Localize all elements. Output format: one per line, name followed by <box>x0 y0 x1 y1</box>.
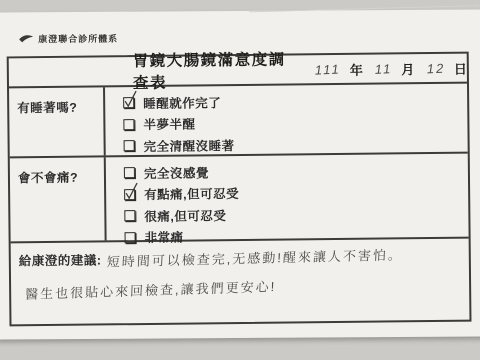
option-label: 半夢半醒 <box>143 115 195 134</box>
question-sleep-options: 睡醒就作完了 半夢半醒 完全清醒沒睡著 <box>105 86 235 155</box>
handwritten-comment-line-1: 短時間可以檢查完,无感動!醒來讓人不害怕。 <box>106 244 403 270</box>
clinic-logo: 康澄聯合診所體系 <box>19 32 118 46</box>
option-label: 完全清醒沒睡著 <box>144 136 235 155</box>
date-month-value: 11 <box>375 61 393 77</box>
date-year-label: 年 <box>350 59 363 78</box>
suggestion-row: 給康澄的建議: 短時間可以檢查完,无感動!醒來讓人不害怕。 醫生也很貼心來回檢查… <box>11 239 470 325</box>
paper-sheet: 康澄聯合診所體系 胃鏡大腸鏡滿意度調查表 111 年 11 月 12 日 有睡著… <box>0 10 480 340</box>
question-sleep-label: 有睡著嗎? <box>17 101 77 116</box>
clinic-logo-text: 康澄聯合診所體系 <box>38 32 118 45</box>
question-pain-cell: 會不會痛? <box>10 157 107 241</box>
date-year-value: 111 <box>315 61 341 77</box>
check-mark-icon <box>123 181 140 200</box>
checkbox-icon <box>124 189 135 200</box>
question-pain-options: 完全沒感覺 有點痛,但可忍受 很痛,但可忍受 <box>106 156 240 240</box>
paper-crease <box>249 5 479 12</box>
handwritten-comment-line-2: 醫生也很貼心來回檢查,讓我們更安心! <box>25 276 277 303</box>
question-row-sleep: 有睡著嗎? 睡醒就作完了 半夢半醒 <box>9 84 468 159</box>
checkbox-icon <box>123 97 134 108</box>
option-sleep-1: 半夢半醒 <box>123 113 234 136</box>
checkbox-icon <box>123 119 134 130</box>
date-fields: 111 年 11 月 12 日 <box>303 58 467 79</box>
check-mark-icon <box>122 89 139 108</box>
date-day-label: 日 <box>454 58 467 77</box>
option-label: 很痛,但可忍受 <box>144 206 226 225</box>
date-month-label: 月 <box>401 59 414 78</box>
option-pain-0: 完全沒感覺 <box>124 161 239 184</box>
checkbox-icon <box>124 140 135 151</box>
option-label: 完全沒感覺 <box>144 163 209 182</box>
question-pain-label: 會不會痛? <box>18 171 78 186</box>
bird-swoosh-icon <box>19 34 34 43</box>
option-sleep-2: 完全清醒沒睡著 <box>124 134 235 157</box>
option-pain-1: 有點痛,但可忍受 <box>124 183 239 206</box>
option-label: 有點痛,但可忍受 <box>144 184 239 203</box>
option-label: 睡醒就作完了 <box>143 93 221 112</box>
question-sleep-cell: 有睡著嗎? <box>9 87 106 156</box>
question-row-pain: 會不會痛? 完全沒感覺 有點痛,但可忍受 <box>10 154 469 244</box>
scanned-survey-page: 康澄聯合診所體系 胃鏡大腸鏡滿意度調查表 111 年 11 月 12 日 有睡著… <box>0 0 480 360</box>
suggestion-label: 給康澄的建議: <box>19 250 102 269</box>
title-row: 胃鏡大腸鏡滿意度調查表 111 年 11 月 12 日 <box>9 54 467 89</box>
survey-table: 胃鏡大腸鏡滿意度調查表 111 年 11 月 12 日 有睡著嗎? <box>7 52 472 327</box>
checkbox-icon <box>124 167 135 178</box>
option-sleep-0: 睡醒就作完了 <box>123 91 234 114</box>
checkbox-icon <box>124 210 135 221</box>
date-day-value: 12 <box>426 60 445 76</box>
option-pain-2: 很痛,但可忍受 <box>124 204 239 227</box>
